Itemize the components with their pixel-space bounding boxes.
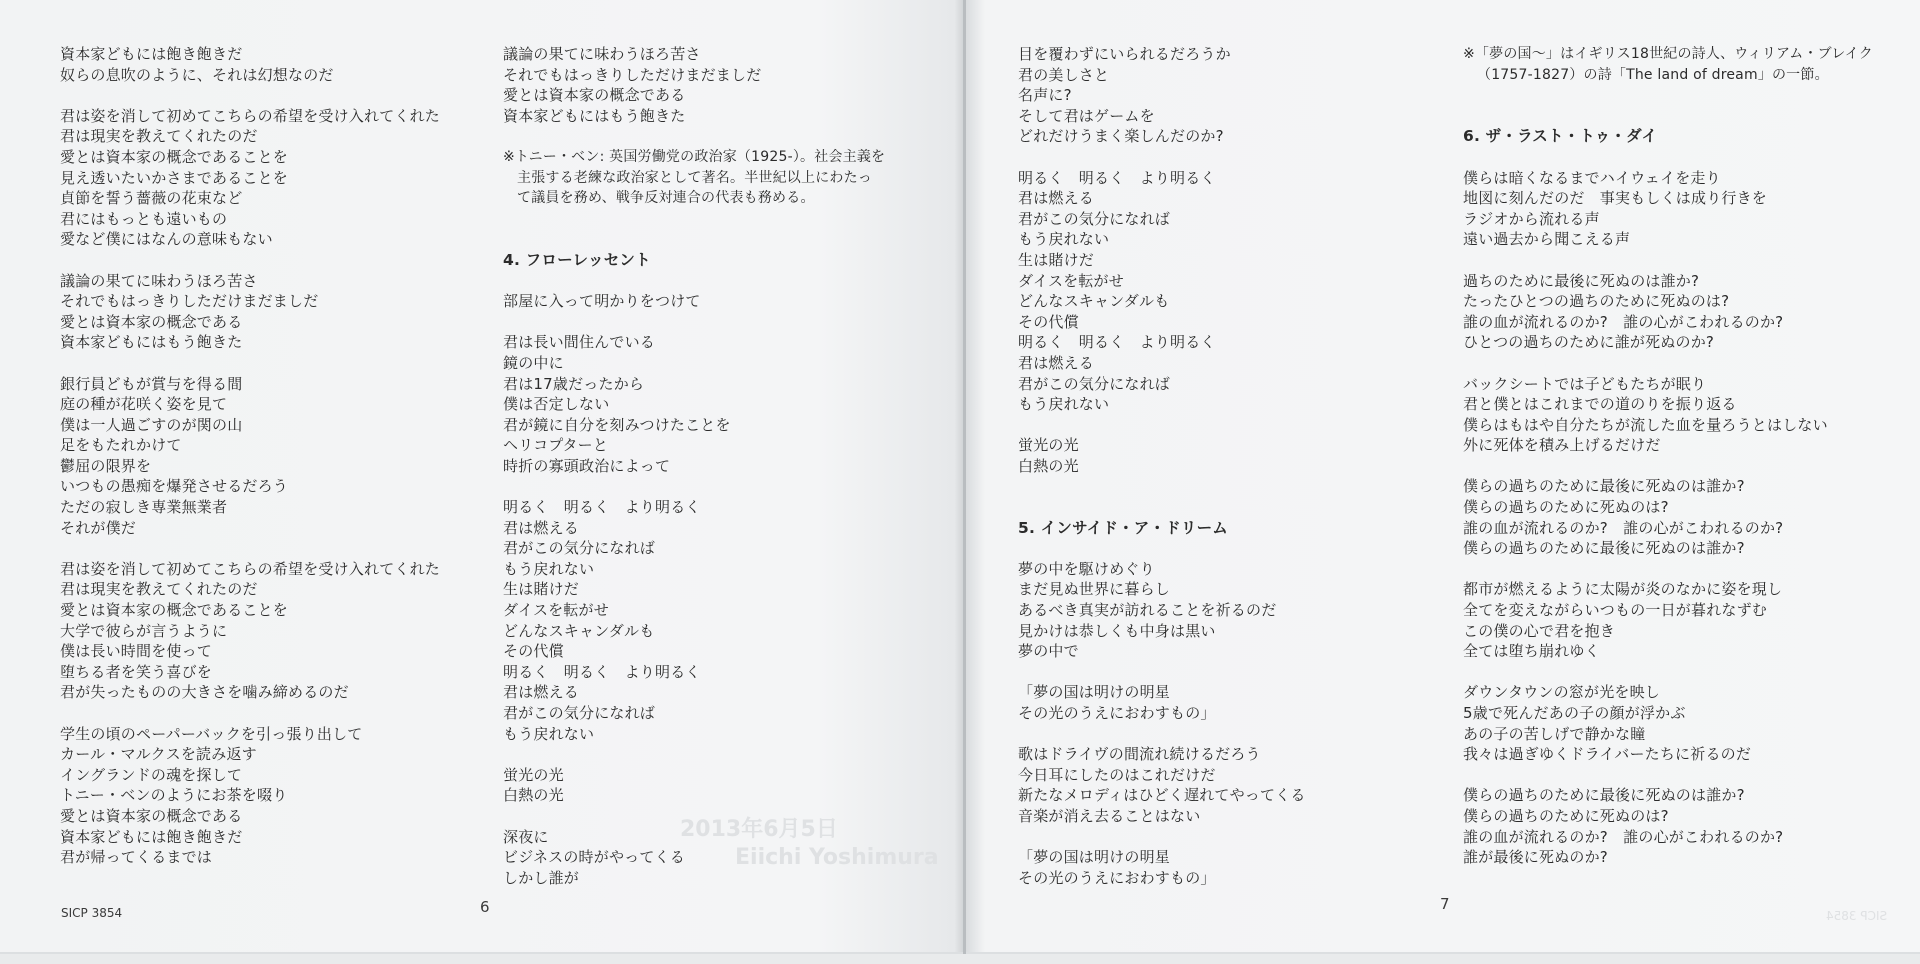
- page-number-right: 7: [1440, 895, 1450, 913]
- lyric-line: 全てを変えながらいつもの一日が暮れなずむ: [1463, 600, 1873, 621]
- lyrics-column-4: ※「夢の国〜」はイギリス18世紀の詩人、ウィリアム・ブレイク（1757-1827…: [1463, 44, 1873, 868]
- footnote-line: て議員を務め、戦争反対連合の代表も務める。: [503, 188, 885, 209]
- lyric-line: 時折の寡頭政治によって: [503, 456, 885, 477]
- footnote-tony-benn: ※トニー・ベン: 英国労働党の政治家（1925-）。社会主義を主張する老練な政治…: [503, 147, 885, 209]
- lyric-line: ひとつの過ちのために誰が死ぬのか?: [1463, 332, 1873, 353]
- lyric-line: 君が鏡に自分を刻みつけたことを: [503, 415, 885, 436]
- lyric-line: 明るく 明るく より明るく: [1018, 168, 1306, 189]
- lyric-line: どんなスキャンダルも: [503, 621, 885, 642]
- stanza-break: [60, 353, 440, 374]
- lyric-line: 過ちのために最後に死ぬのは誰か?: [1463, 271, 1873, 292]
- lyric-line: 鬱屈の限界を: [60, 456, 440, 477]
- lyric-line: ラジオから流れる声: [1463, 209, 1873, 230]
- lyrics-column-3: 目を覆わずにいられるだろうか君の美しさと名声に?そして君はゲームをどれだけうまく…: [1018, 44, 1306, 888]
- lyric-line: 部屋に入って明かりをつけて: [503, 291, 885, 312]
- lyric-line: 名声に?: [1018, 85, 1306, 106]
- lyric-line: 君は長い間住んでいる: [503, 332, 885, 353]
- lyric-line: 愛とは資本家の概念である: [60, 806, 440, 827]
- lyric-line: トニー・ベンのようにお茶を啜り: [60, 785, 440, 806]
- lyric-line: 君がこの気分になれば: [1018, 374, 1306, 395]
- lyric-line: 愛とは資本家の概念である: [60, 312, 440, 333]
- lyric-line: 蛍光の光: [503, 765, 885, 786]
- lyric-line: もう戻れない: [503, 724, 885, 745]
- lyric-line: まだ見ぬ世界に暮らし: [1018, 579, 1306, 600]
- lyric-line: たったひとつの過ちのために死ぬのは?: [1463, 291, 1873, 312]
- lyrics-column-2: 議論の果てに味わうほろ苦さそれでもはっきりしただけまだましだ愛とは資本家の概念で…: [503, 44, 885, 888]
- lyric-line: 君が帰ってくるまでは: [60, 847, 440, 868]
- lyric-line: 君は17歳だったから: [503, 374, 885, 395]
- stanza-break: [503, 312, 885, 333]
- lyric-line: どんなスキャンダルも: [1018, 291, 1306, 312]
- stanza-break: [60, 250, 440, 271]
- lyric-line: 外に死体を積み上げるだけだ: [1463, 435, 1873, 456]
- stanza-break: [503, 806, 885, 827]
- lyric-line: 君がこの気分になれば: [503, 703, 885, 724]
- lyric-line: 僕らはもはや自分たちが流した血を量ろうとはしない: [1463, 415, 1873, 436]
- stanza-break: [1018, 827, 1306, 848]
- stanza-break: [60, 538, 440, 559]
- lyric-line: 夢の中で: [1018, 641, 1306, 662]
- stanza-break: [1463, 559, 1873, 580]
- lyric-line: 君の美しさと: [1018, 65, 1306, 86]
- lyric-line: 我々は過ぎゆくドライバーたちに祈るのだ: [1463, 744, 1873, 765]
- stanza-break: [60, 85, 440, 106]
- lyric-line: 明るく 明るく より明るく: [503, 497, 885, 518]
- lyric-line: 君と僕とはこれまでの道のりを振り返る: [1463, 394, 1873, 415]
- lyric-line: 君は現実を教えてくれたのだ: [60, 126, 440, 147]
- lyric-line: 遠い過去から聞こえる声: [1463, 229, 1873, 250]
- catalog-number: SICP 3854: [61, 906, 122, 920]
- lyric-line: 資本家どもにはもう飽きた: [60, 332, 440, 353]
- lyric-line: 鏡の中に: [503, 353, 885, 374]
- footnote-line: ※「夢の国〜」はイギリス18世紀の詩人、ウィリアム・ブレイク: [1463, 44, 1873, 65]
- lyric-line: それでもはっきりしただけまだましだ: [503, 65, 885, 86]
- lyric-line: 誰の血が流れるのか? 誰の心がこわれるのか?: [1463, 312, 1873, 333]
- lyric-line: 僕は一人過ごすのが関の山: [60, 415, 440, 436]
- lyric-line: その代償: [1018, 312, 1306, 333]
- lyric-line: 誰の血が流れるのか? 誰の心がこわれるのか?: [1463, 518, 1873, 539]
- lyric-line: もう戻れない: [1018, 229, 1306, 250]
- lyric-line: この僕の心で君を抱き: [1463, 621, 1873, 642]
- lyric-line: そして君はゲームを: [1018, 106, 1306, 127]
- lyric-line: 深夜に: [503, 827, 885, 848]
- lyric-line: ヘリコプターと: [503, 435, 885, 456]
- lyric-line: 君にはもっとも遠いもの: [60, 209, 440, 230]
- lyric-line: 愛など僕にはなんの意味もない: [60, 229, 440, 250]
- lyric-line: 君は燃える: [503, 682, 885, 703]
- lyric-line: 議論の果てに味わうほろ苦さ: [503, 44, 885, 65]
- lyric-line: 夢の中を駆けめぐり: [1018, 559, 1306, 580]
- lyric-line: 愛とは資本家の概念であることを: [60, 147, 440, 168]
- lyric-line: 君は現実を教えてくれたのだ: [60, 579, 440, 600]
- lyric-line: その光のうえにおわすもの」: [1018, 868, 1306, 889]
- lyric-line: 誰の血が流れるのか? 誰の心がこわれるのか?: [1463, 827, 1873, 848]
- lyric-line: 僕らの過ちのために死ぬのは?: [1463, 806, 1873, 827]
- lyric-line: 君は燃える: [1018, 353, 1306, 374]
- lyric-line: ダイスを転がせ: [1018, 271, 1306, 292]
- lyric-line: いつもの愚痴を爆発させるだろう: [60, 476, 440, 497]
- lyric-line: 足をもたれかけて: [60, 435, 440, 456]
- lyric-line: 都市が燃えるように太陽が炎のなかに姿を現し: [1463, 579, 1873, 600]
- lyric-line: 僕らの過ちのために最後に死ぬのは誰か?: [1463, 476, 1873, 497]
- lyric-line: 誰が最後に死ぬのか?: [1463, 847, 1873, 868]
- lyric-line: その光のうえにおわすもの」: [1018, 703, 1306, 724]
- lyric-line: 白熱の光: [1018, 456, 1306, 477]
- stanza-break: [1018, 662, 1306, 683]
- lyric-line: 銀行員どもが賞与を得る間: [60, 374, 440, 395]
- lyric-line: 見え透いたいかさまであることを: [60, 168, 440, 189]
- lyric-line: その代償: [503, 641, 885, 662]
- stanza-break: [1018, 724, 1306, 745]
- lyric-line: 君がこの気分になれば: [503, 538, 885, 559]
- stanza-break: [1463, 456, 1873, 477]
- lyric-line: 僕は否定しない: [503, 394, 885, 415]
- lyric-line: 目を覆わずにいられるだろうか: [1018, 44, 1306, 65]
- lyric-line: もう戻れない: [1018, 394, 1306, 415]
- booklet-spread: 2013年6月5日 Eiichi Yoshimura 資本家どもには飽き飽きだ奴…: [0, 0, 1920, 954]
- lyric-line: 蛍光の光: [1018, 435, 1306, 456]
- left-page: 2013年6月5日 Eiichi Yoshimura 資本家どもには飽き飽きだ奴…: [0, 0, 964, 954]
- lyric-line: 庭の種が花咲く姿を見て: [60, 394, 440, 415]
- lyric-line: 全ては堕ち崩れゆく: [1463, 641, 1873, 662]
- stanza-break: [503, 744, 885, 765]
- lyric-line: 学生の頃のペーパーバックを引っ張り出して: [60, 724, 440, 745]
- lyric-line: 「夢の国は明けの明星: [1018, 847, 1306, 868]
- lyric-line: 堕ちる者を笑う喜びを: [60, 662, 440, 683]
- lyric-line: 新たなメロディはひどく遅れてやってくる: [1018, 785, 1306, 806]
- footnote-line: （1757-1827）の詩「The land of dream」の一節。: [1463, 65, 1873, 86]
- stanza-break: [1463, 765, 1873, 786]
- lyric-line: バックシートでは子どもたちが眠り: [1463, 374, 1873, 395]
- lyric-line: 音楽が消え去ることはない: [1018, 806, 1306, 827]
- lyric-line: 生は賭けだ: [503, 579, 885, 600]
- lyric-line: 「夢の国は明けの明星: [1018, 682, 1306, 703]
- lyric-line: 君が失ったものの大きさを噛み締めるのだ: [60, 682, 440, 703]
- lyric-line: 資本家どもにはもう飽きた: [503, 106, 885, 127]
- lyric-line: ダウンタウンの窓が光を映し: [1463, 682, 1873, 703]
- lyrics-column-1: 資本家どもには飽き飽きだ奴らの息吹のように、それは幻想なのだ君は姿を消して初めて…: [60, 44, 440, 868]
- lyric-line: それが僕だ: [60, 518, 440, 539]
- lyric-line: 大学で彼らが言うように: [60, 621, 440, 642]
- lyric-line: 僕は長い時間を使って: [60, 641, 440, 662]
- footnote-line: ※トニー・ベン: 英国労働党の政治家（1925-）。社会主義を: [503, 147, 885, 168]
- stanza-break: [1018, 415, 1306, 436]
- lyric-line: 見かけは恭しくも中身は黒い: [1018, 621, 1306, 642]
- lyric-line: イングランドの魂を探して: [60, 765, 440, 786]
- lyric-line: 僕らの過ちのために死ぬのは?: [1463, 497, 1873, 518]
- lyric-line: あの子の苦しげで静かな瞳: [1463, 724, 1873, 745]
- lyric-line: カール・マルクスを読み返す: [60, 744, 440, 765]
- lyric-line: 愛とは資本家の概念である: [503, 85, 885, 106]
- lyric-line: 君は姿を消して初めてこちらの希望を受け入れてくれた: [60, 106, 440, 127]
- page-number-left: 6: [480, 898, 490, 916]
- lyric-line: 貞節を誓う薔薇の花束など: [60, 188, 440, 209]
- stanza-break: [1018, 147, 1306, 168]
- show-through-catalog: SICP 3854: [1826, 906, 1887, 927]
- footnote-line: 主張する老練な政治家として著名。半世紀以上にわたっ: [503, 168, 885, 189]
- lyric-line: 生は賭けだ: [1018, 250, 1306, 271]
- lyric-line: あるべき真実が訪れることを祈るのだ: [1018, 600, 1306, 621]
- lyric-line: 君は燃える: [1018, 188, 1306, 209]
- lyric-line: ビジネスの時がやってくる: [503, 847, 885, 868]
- stanza-break: [60, 703, 440, 724]
- lyric-line: 資本家どもには飽き飽きだ: [60, 44, 440, 65]
- lyric-line: 地図に刻んだのだ 事実もしくは成り行きを: [1463, 188, 1873, 209]
- lyric-line: 君は燃える: [503, 518, 885, 539]
- stanza-break: [1463, 662, 1873, 683]
- lyric-line: 僕らの過ちのために最後に死ぬのは誰か?: [1463, 538, 1873, 559]
- footnote-blake: ※「夢の国〜」はイギリス18世紀の詩人、ウィリアム・ブレイク（1757-1827…: [1463, 44, 1873, 85]
- lyric-line: 資本家どもには飽き飽きだ: [60, 827, 440, 848]
- stanza-break: [503, 476, 885, 497]
- lyric-line: 白熱の光: [503, 785, 885, 806]
- lyric-line: 明るく 明るく より明るく: [503, 662, 885, 683]
- lyric-line: どれだけうまく楽しんだのか?: [1018, 126, 1306, 147]
- lyric-line: 5歳で死んだあの子の顔が浮かぶ: [1463, 703, 1873, 724]
- stanza-break: [1463, 353, 1873, 374]
- song-heading-5: 5. インサイド・ア・ドリーム: [1018, 518, 1306, 539]
- song-heading-4: 4. フローレッセント: [503, 250, 885, 271]
- lyric-line: 君がこの気分になれば: [1018, 209, 1306, 230]
- lyric-line: 愛とは資本家の概念であることを: [60, 600, 440, 621]
- stanza-break: [1463, 250, 1873, 271]
- lyric-line: それでもはっきりしただけまだましだ: [60, 291, 440, 312]
- lyric-line: ダイスを転がせ: [503, 600, 885, 621]
- lyric-line: 明るく 明るく より明るく: [1018, 332, 1306, 353]
- lyric-line: 僕らの過ちのために最後に死ぬのは誰か?: [1463, 785, 1873, 806]
- song-heading-6: 6. ザ・ラスト・トゥ・ダイ: [1463, 126, 1873, 147]
- lyric-line: しかし誰が: [503, 868, 885, 889]
- lyric-line: 僕らは暗くなるまでハイウェイを走り: [1463, 168, 1873, 189]
- lyric-line: 議論の果てに味わうほろ苦さ: [60, 271, 440, 292]
- lyric-line: 今日耳にしたのはこれだけだ: [1018, 765, 1306, 786]
- lyric-line: 歌はドライヴの間流れ続けるだろう: [1018, 744, 1306, 765]
- lyric-line: もう戻れない: [503, 559, 885, 580]
- lyric-line: 君は姿を消して初めてこちらの希望を受け入れてくれた: [60, 559, 440, 580]
- lyric-line: 奴らの息吹のように、それは幻想なのだ: [60, 65, 440, 86]
- lyric-line: ただの寂しき専業無業者: [60, 497, 440, 518]
